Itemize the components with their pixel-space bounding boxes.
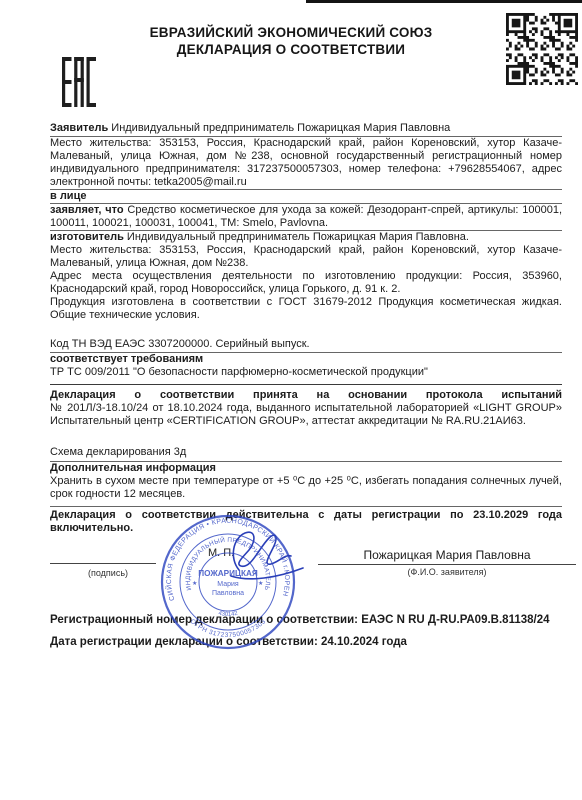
title-union: ЕВРАЗИЙСКИЙ ЭКОНОМИЧЕСКИЙ СОЮЗ [0,24,582,41]
manufacturer-row: изготовитель Индивидуальный предпринимат… [50,231,562,244]
registration-number-value: ЕАЭС N RU Д-RU.РА09.В.81138/24 [361,614,549,626]
applicant-label: Заявитель [50,122,108,134]
registration-number-row: Регистрационный номер декларации о соотв… [50,614,562,627]
registration-number-label: Регистрационный номер декларации о соотв… [50,614,358,626]
declares-row: заявляет, что Средство косметическое для… [50,204,562,231]
registration-date-row: Дата регистрации декларации о соответств… [50,636,562,649]
stamp-place-label: М. П. [208,547,234,560]
qr-code [506,11,578,87]
fio-caption: (Ф.И.О. заявителя) [318,566,576,579]
applicant-value: Индивидуальный предприниматель Пожарицка… [111,122,450,134]
in-person-row: в лице [50,190,562,204]
document-title: ЕВРАЗИЙСКИЙ ЭКОНОМИЧЕСКИЙ СОЮЗ ДЕКЛАРАЦИ… [0,24,582,58]
basis-label: Декларация о соответствии принята на осн… [50,389,562,402]
complies-label: соответствует требованиям [50,353,562,366]
eac-mark-icon [62,57,96,107]
additional-value: Хранить в сухом месте при температуре от… [50,475,562,507]
basis-value: № 201Л/3-18.10/24 от 18.10.2024 года, вы… [50,402,562,428]
fio-name: Пожарицкая Мария Павловна [318,549,576,565]
signature-caption: (подпись) [68,567,148,580]
validity-row: Декларация о соответствии действительна … [50,509,562,535]
fio-block: Пожарицкая Мария Павловна (Ф.И.О. заявит… [318,549,576,579]
production-address: Адрес места осуществления деятельности п… [50,270,562,296]
manufacturer-address: Место жительства: 353153, Россия, Красно… [50,244,562,270]
scheme-row: Схема декларирования 3д [50,446,562,462]
registration-date-value: 24.10.2024 года [321,636,407,648]
applicant-row: Заявитель Индивидуальный предприниматель… [50,122,562,137]
manufacturer-label: изготовитель [50,231,124,243]
document-header: ЕВРАЗИЙСКИЙ ЭКОНОМИЧЕСКИЙ СОЮЗ ДЕКЛАРАЦИ… [0,0,582,118]
manufacturer-value: Индивидуальный предприниматель Пожарицка… [127,231,469,243]
signature-block: (подпись) М. П. Пожарицкая Мария Павловн… [50,541,562,603]
registration-date-label: Дата регистрации декларации о соответств… [50,636,318,648]
signature-line [50,563,156,564]
additional-label: Дополнительная информация [50,462,562,475]
tnved-row: Код ТН ВЭД ЕАЭС 3307200000. Серийный вып… [50,338,562,353]
declares-label: заявляет, что [50,204,124,216]
complies-value: ТР ТС 009/2011 "О безопасности парфюмерн… [50,366,562,385]
declaration-body: Заявитель Индивидуальный предприниматель… [50,118,562,649]
title-declaration: ДЕКЛАРАЦИЯ О СООТВЕТСТВИИ [0,41,582,58]
gost-row: Продукция изготовлена в соответствии с Г… [50,296,562,322]
declares-value: Средство косметическое для ухода за коже… [50,204,562,229]
applicant-address: Место жительства: 353153, Россия, Красно… [50,137,562,190]
